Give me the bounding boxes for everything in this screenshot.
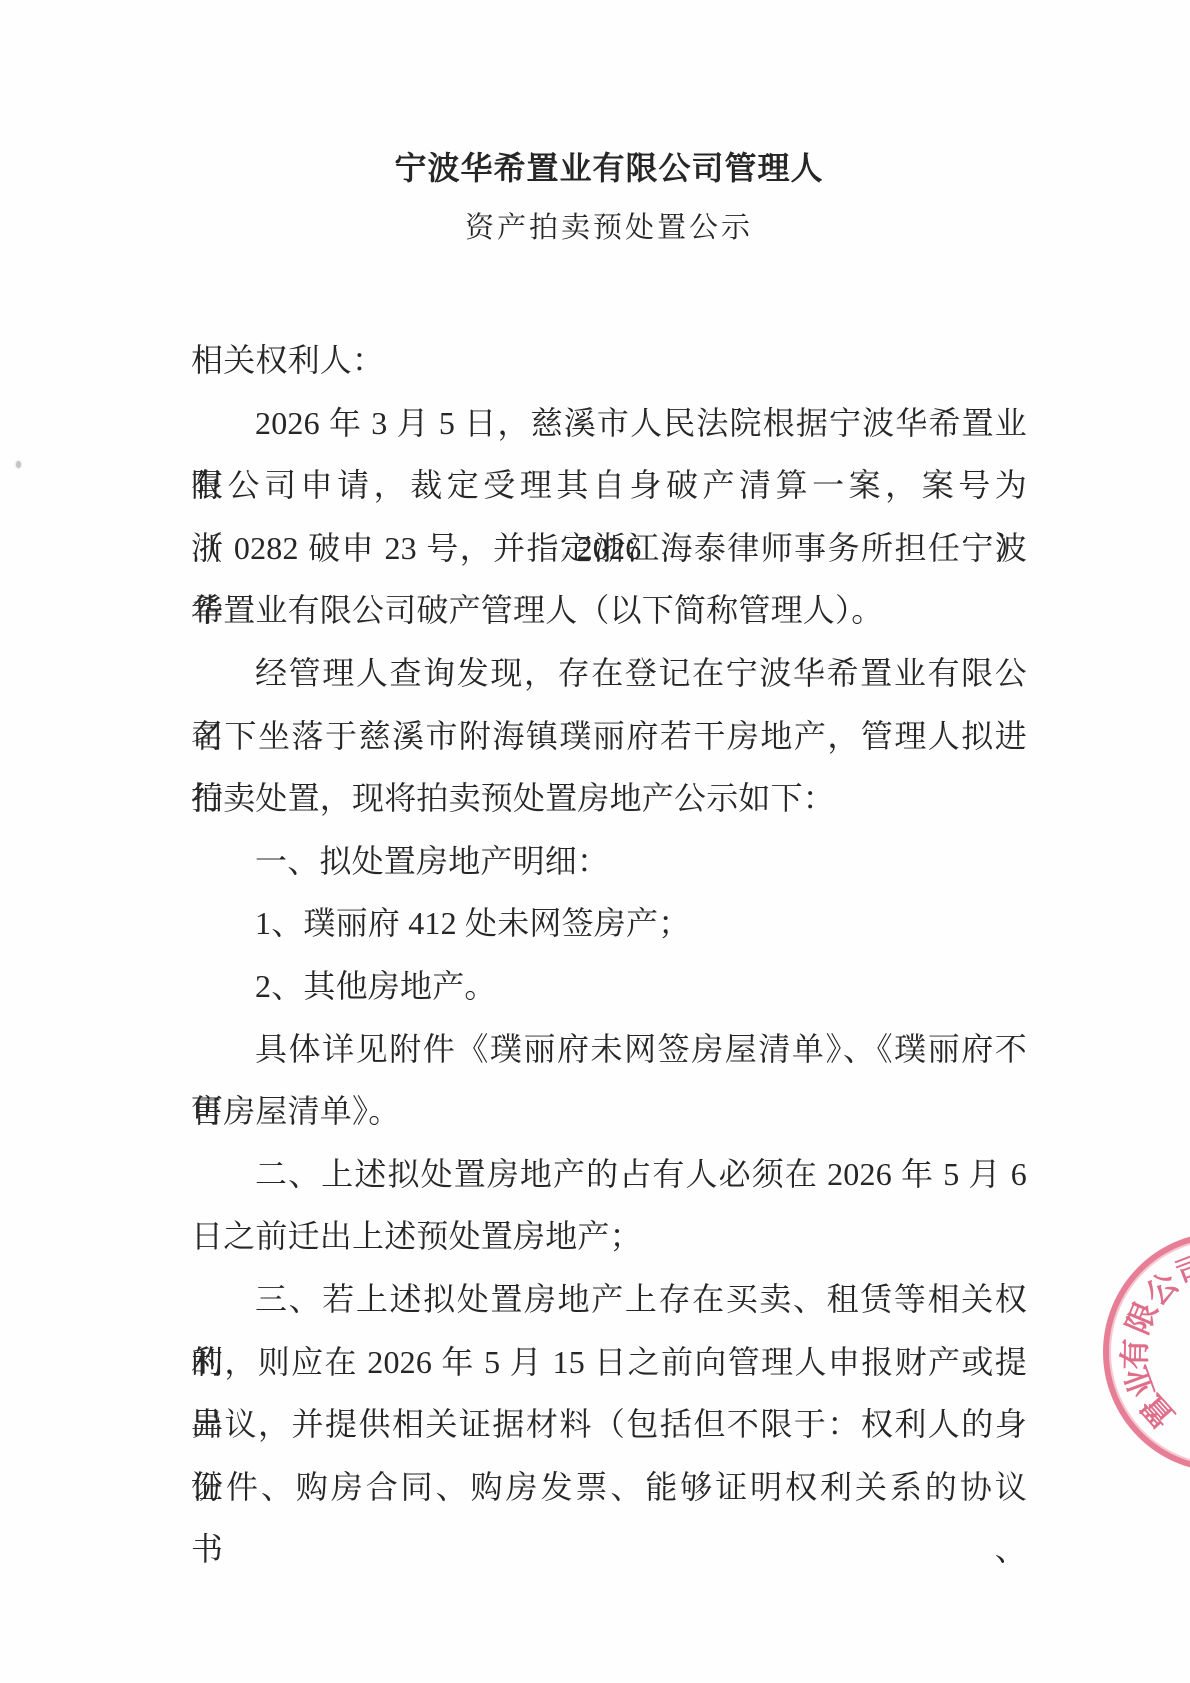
seal-ring-icon (1106, 1235, 1190, 1469)
body-line: 浙 0282 破申 23 号，并指定浙江海泰律师事务所担任宁波华 (191, 517, 1027, 580)
seal-character: 公 (1139, 1266, 1186, 1313)
body-line: 异议，并提供相关证据材料（包括但不限于：权利人的身份 (191, 1393, 1027, 1456)
body-line: 证件、购房合同、购房发票、能够证明权利关系的协议书、 (191, 1456, 1027, 1519)
seal-ring-inner-ink (1110, 1239, 1190, 1465)
body-line: 经管理人查询发现，存在登记在宁波华希置业有限公司 (191, 642, 1027, 705)
body-line: 名下坐落于慈溪市附海镇璞丽府若干房地产，管理人拟进行 (191, 705, 1027, 768)
body-line: 2、其他房地产。 (191, 955, 1027, 1018)
body-line: 的，则应在 2026 年 5 月 15 日之前向管理人申报财产或提出 (191, 1331, 1027, 1394)
seal-character: 有 (1117, 1338, 1153, 1370)
seal-character: 业 (1118, 1361, 1161, 1402)
seal-character: 置 (1135, 1388, 1182, 1434)
seal-character: 限 (1120, 1297, 1164, 1339)
seal-character: 司 (1171, 1248, 1190, 1292)
company-seal: 置 业 有 限 公 司 (1090, 1225, 1190, 1470)
body-line: 二、上述拟处置房地产的占有人必须在 2026 年 5 月 6 (191, 1143, 1027, 1206)
body-line: 相关权利人： (191, 329, 1027, 392)
page-title: 宁波华希置业有限公司管理人 (191, 146, 1027, 190)
scan-speck (562, 554, 565, 558)
body-line: 希置业有限公司破产管理人（以下简称管理人）。 (191, 579, 1027, 642)
body-line: 三、若上述拟处置房地产上存在买卖、租赁等相关权利 (191, 1268, 1027, 1331)
body-line: 1、璞丽府 412 处未网签房产； (191, 892, 1027, 955)
body-line: 售房屋清单》。 (191, 1080, 1027, 1143)
body-line: 限公司申请，裁定受理其自身破产清算一案，案号为（2026） (191, 454, 1027, 517)
body-line: 2026 年 3 月 5 日，慈溪市人民法院根据宁波华希置业有 (191, 392, 1027, 455)
body-line: 日之前迁出上述预处置房地产； (191, 1205, 1027, 1268)
body-line: 具体详见附件《璞丽府未网签房屋清单》、《璞丽府不可 (191, 1018, 1027, 1081)
body-line: 拍卖处置，现将拍卖预处置房地产公示如下： (191, 767, 1027, 830)
document-page: 宁波华希置业有限公司管理人 资产拍卖预处置公示 相关权利人： 2026 年 3 … (0, 0, 1190, 1683)
document-body: 相关权利人： 2026 年 3 月 5 日，慈溪市人民法院根据宁波华希置业有 限… (191, 329, 1027, 1518)
scan-speck (16, 461, 21, 468)
page-subtitle: 资产拍卖预处置公示 (191, 206, 1027, 250)
body-line: 一、拟处置房地产明细： (191, 830, 1027, 893)
